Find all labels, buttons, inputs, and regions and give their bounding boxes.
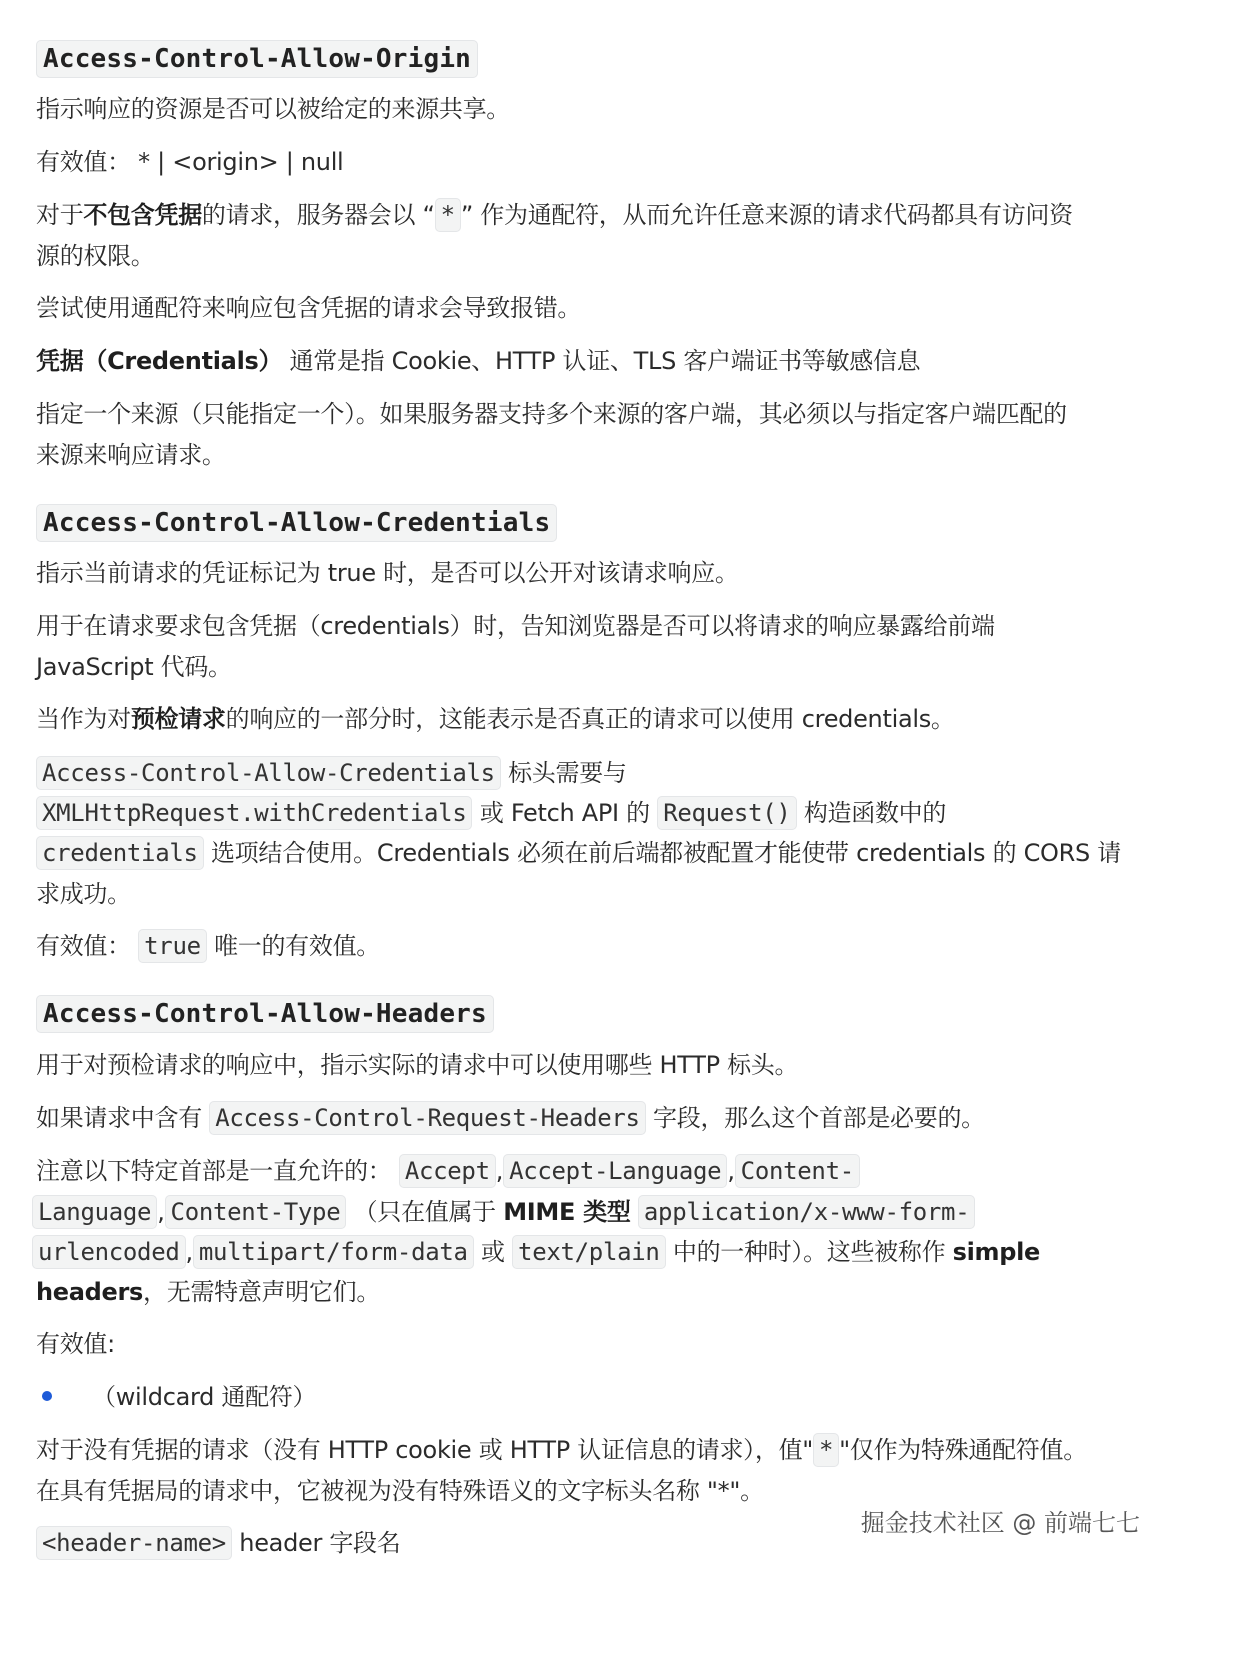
text: 注意以下特定首部是一直允许的： xyxy=(36,1157,399,1185)
paragraph-cont: XMLHttpRequest.withCredentials 或 Fetch A… xyxy=(36,792,946,834)
header-code: Access-Control-Allow-Credentials xyxy=(36,504,557,542)
text: 选项结合使用。Credentials 必须在前后端都被配置才能使带 creden… xyxy=(204,839,1121,867)
paragraph: Access-Control-Allow-Credentials 标头需要与 xyxy=(36,752,627,794)
valid-values: 有效值： true 唯一的有效值。 xyxy=(36,925,380,967)
text: 的响应的一部分时，这能表示是否真正的请求可以使用 credentials。 xyxy=(226,705,955,733)
text: 唯一的有效值。 xyxy=(207,932,380,960)
inline-code: application/x-www-form- xyxy=(638,1195,975,1229)
text: 的请求，服务器会以 “ xyxy=(202,201,435,229)
inline-code: Language xyxy=(32,1195,157,1229)
text: 或 xyxy=(474,1238,512,1266)
paragraph: 对于不包含凭据的请求，服务器会以 “*” 作为通配符，从而允许任意来源的请求代码… xyxy=(36,194,1073,236)
text: 字段，那么这个首部是必要的。 xyxy=(646,1104,985,1132)
text: , xyxy=(157,1198,164,1226)
paragraph: <header-name> header 字段名 xyxy=(36,1522,400,1564)
text: ” 作为通配符，从而允许任意来源的请求代码都具有访问资 xyxy=(461,201,1073,229)
paragraph: 用于在请求要求包含凭据（credentials）时，告知浏览器是否可以将请求的响… xyxy=(36,605,995,647)
text: 对于没有凭据的请求（没有 HTTP cookie 或 HTTP 认证信息的请求）… xyxy=(36,1436,813,1464)
list-item: （wildcard 通配符） xyxy=(36,1376,316,1418)
paragraph: 注意以下特定首部是一直允许的： Accept,Accept-Language,C… xyxy=(36,1150,860,1192)
paragraph: 当作为对预检请求的响应的一部分时，这能表示是否真正的请求可以使用 credent… xyxy=(36,698,955,740)
bold-text: simple xyxy=(953,1238,1040,1266)
text: 如果请求中含有 xyxy=(36,1104,209,1132)
header-allow-origin: Access-Control-Allow-Origin xyxy=(36,38,478,80)
text: 对于 xyxy=(36,201,83,229)
paragraph: 指示当前请求的凭证标记为 true 时，是否可以公开对该请求响应。 xyxy=(36,552,739,594)
text: 当作为对 xyxy=(36,705,131,733)
text: 中的一种时）。这些被称作 xyxy=(666,1238,953,1266)
text: , xyxy=(727,1157,734,1185)
text: , xyxy=(496,1157,503,1185)
bold-text: headers xyxy=(36,1278,143,1306)
paragraph: 凭据（Credentials） 通常是指 Cookie、HTTP 认证、TLS … xyxy=(36,340,920,382)
text: 构造函数中的 xyxy=(797,799,947,827)
inline-code: XMLHttpRequest.withCredentials xyxy=(36,796,472,830)
inline-code: Access-Control-Allow-Credentials xyxy=(36,756,501,790)
text: 或 Fetch API 的 xyxy=(472,799,657,827)
inline-code: Accept-Language xyxy=(503,1154,727,1188)
bold-text: 凭据（Credentials） xyxy=(36,347,282,375)
paragraph-cont: 在具有凭据局的请求中，它被视为没有特殊语义的文字标头名称 "*"。 xyxy=(36,1470,764,1512)
paragraph: 指定一个来源（只能指定一个）。如果服务器支持多个来源的客户端，其必须以与指定客户… xyxy=(36,393,1067,435)
paragraph: 如果请求中含有 Access-Control-Request-Headers 字… xyxy=(36,1097,985,1139)
paragraph-cont: 来源来响应请求。 xyxy=(36,434,226,476)
inline-code: Content- xyxy=(735,1154,860,1188)
inline-code: multipart/form-data xyxy=(193,1235,474,1269)
paragraph-cont: headers，无需特意声明它们。 xyxy=(36,1271,380,1313)
bold-text: MIME 类型 xyxy=(503,1198,630,1226)
inline-code: Content-Type xyxy=(165,1195,347,1229)
text: 有效值： xyxy=(36,932,138,960)
paragraph-cont: Language,Content-Type （只在值属于 MIME 类型 app… xyxy=(32,1191,975,1233)
paragraph-cont: 源的权限。 xyxy=(36,235,155,277)
bullet-icon xyxy=(42,1391,52,1401)
inline-code: true xyxy=(138,929,207,963)
text: 标头需要与 xyxy=(501,759,627,787)
inline-code: <header-name> xyxy=(36,1526,232,1560)
inline-code: Accept xyxy=(399,1154,496,1188)
paragraph-cont: urlencoded,multipart/form-data 或 text/pl… xyxy=(32,1231,1040,1273)
paragraph: 尝试使用通配符来响应包含凭据的请求会导致报错。 xyxy=(36,287,581,329)
inline-code: credentials xyxy=(36,836,204,870)
paragraph: 指示响应的资源是否可以被给定的来源共享。 xyxy=(36,88,510,130)
text: "仅作为特殊通配符值。 xyxy=(839,1436,1087,1464)
bold-text: 不包含凭据 xyxy=(83,201,202,229)
text: header 字段名 xyxy=(232,1529,401,1557)
paragraph: 对于没有凭据的请求（没有 HTTP cookie 或 HTTP 认证信息的请求）… xyxy=(36,1429,1087,1471)
valid-values-label: 有效值: xyxy=(36,1323,115,1365)
text: （只在值属于 xyxy=(346,1198,503,1226)
text: 通常是指 Cookie、HTTP 认证、TLS 客户端证书等敏感信息 xyxy=(282,347,920,375)
paragraph-cont: 求成功。 xyxy=(36,873,131,915)
paragraph: 用于对预检请求的响应中，指示实际的请求中可以使用哪些 HTTP 标头。 xyxy=(36,1044,798,1086)
header-allow-headers: Access-Control-Allow-Headers xyxy=(36,993,494,1035)
paragraph-cont: JavaScript 代码。 xyxy=(36,646,232,688)
header-code: Access-Control-Allow-Origin xyxy=(36,40,478,78)
inline-code: urlencoded xyxy=(32,1235,186,1269)
inline-code: * xyxy=(435,198,461,232)
inline-code: Access-Control-Request-Headers xyxy=(209,1101,645,1135)
watermark: 掘金技术社区 @ 前端七七 xyxy=(861,1503,1140,1538)
valid-values: 有效值： * | <origin> | null xyxy=(36,141,343,183)
inline-code: Request() xyxy=(657,796,796,830)
bold-text: 预检请求 xyxy=(131,705,226,733)
inline-code: text/plain xyxy=(512,1235,666,1269)
header-allow-credentials: Access-Control-Allow-Credentials xyxy=(36,502,557,544)
header-code: Access-Control-Allow-Headers xyxy=(36,995,494,1033)
text: ，无需特意声明它们。 xyxy=(143,1278,380,1306)
paragraph-cont: credentials 选项结合使用。Credentials 必须在前后端都被配… xyxy=(36,832,1121,874)
text: , xyxy=(186,1238,193,1266)
inline-code: * xyxy=(813,1433,839,1467)
text: （wildcard 通配符） xyxy=(92,1383,316,1411)
